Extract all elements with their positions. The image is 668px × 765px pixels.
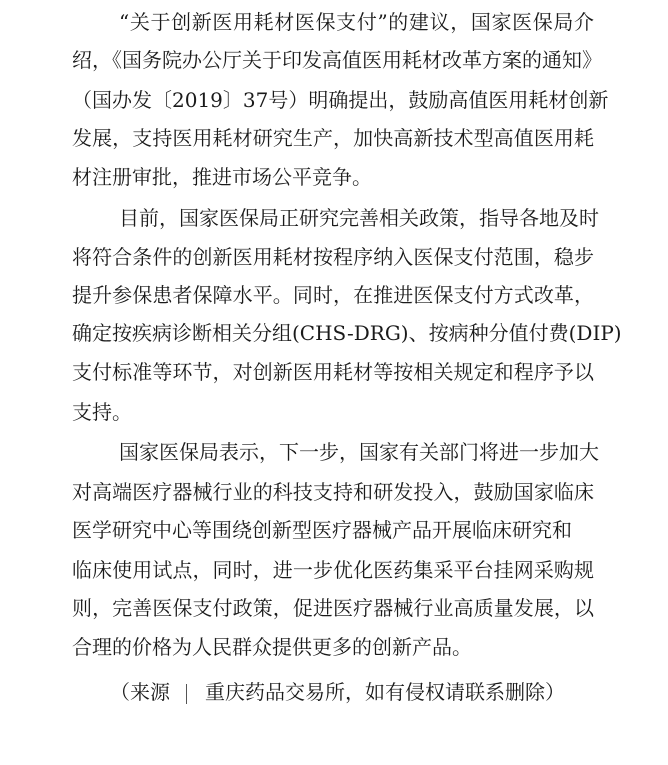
paragraph-2-line-2: 将符合条件的创新医用耗材按程序纳入医保支付范围，稳步 bbox=[72, 242, 594, 272]
paragraph-3-line-2: 对高端医疗器械行业的科技支持和研发投入，鼓励国家临床 bbox=[72, 477, 594, 507]
paragraph-3-line-4: 临床使用试点，同时，进一步优化医药集采平台挂网采购规 bbox=[72, 555, 594, 585]
paragraph-3-line-6: 合理的价格为人民群众提供更多的创新产品。 bbox=[72, 632, 594, 662]
paragraph-1-line-3: （国办发〔2019〕37号）明确提出，鼓励高值医用耗材创新 bbox=[72, 85, 594, 115]
paragraph-2-line-6: 支持。 bbox=[72, 397, 594, 427]
paragraph-3-line-1: 国家医保局表示，下一步，国家有关部门将进一步加大 bbox=[119, 437, 594, 467]
paragraph-1-line-5: 材注册审批，推进市场公平竞争。 bbox=[72, 162, 594, 192]
paragraph-2-line-5: 支付标准等环节，对创新医用耗材等按相关规定和程序予以 bbox=[72, 357, 594, 387]
source-attribution: （来源重庆药品交易所，如有侵权请联系删除） bbox=[110, 677, 565, 707]
paragraph-2-line-3: 提升参保患者保障水平。同时，在推进医保支付方式改革， bbox=[72, 280, 594, 310]
paragraph-1-line-4: 发展，支持医用耗材研究生产，加快高新技术型高值医用耗 bbox=[72, 123, 594, 153]
source-text: 重庆药品交易所，如有侵权请联系删除） bbox=[205, 680, 565, 704]
paragraph-1-line-1: “关于创新医用耗材医保支付”的建议，国家医保局介 bbox=[119, 7, 594, 37]
divider bbox=[186, 684, 187, 704]
paragraph-3-line-3: 医学研究中心等围绕创新型医疗器械产品开展临床研究和 bbox=[72, 515, 594, 545]
paragraph-1-line-2: 绍，《国务院办公厅关于印发高值医用耗材改革方案的通知》 bbox=[72, 45, 594, 75]
paragraph-2-line-4: 确定按疾病诊断相关分组(CHS-DRG)、按病种分值付费(DIP) bbox=[72, 318, 594, 348]
source-prefix: （来源 bbox=[110, 680, 170, 704]
paragraph-2-line-1: 目前，国家医保局正研究完善相关政策，指导各地及时 bbox=[119, 203, 594, 233]
paragraph-3-line-5: 则，完善医保支付政策，促进医疗器械行业高质量发展，以 bbox=[72, 593, 594, 623]
